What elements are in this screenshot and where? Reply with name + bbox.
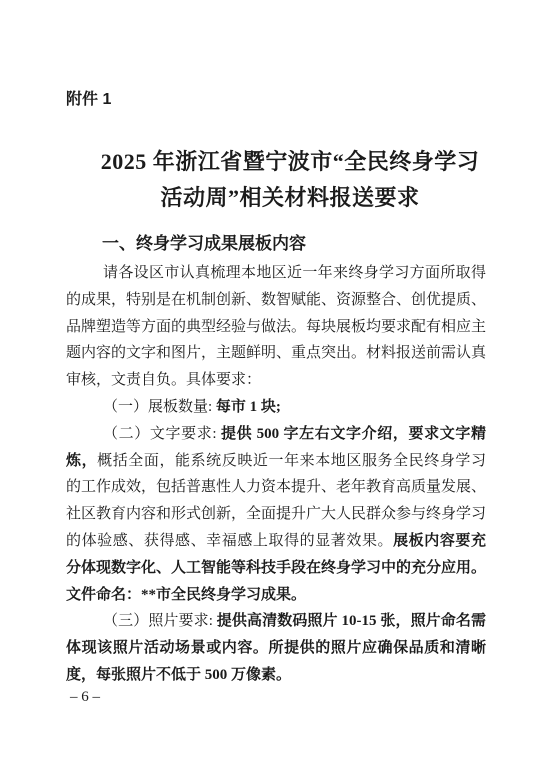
page-number: – 6 – [70, 687, 100, 707]
intro-paragraph: 请各设区市认真梳理本地区近一年来终身学习方面所取得的成果，特别是在机制创新、数智… [66, 260, 486, 394]
document-title-line1: 2025 年浙江省暨宁波市“全民终身学习 [94, 144, 486, 180]
document-page: 附件 1 2025 年浙江省暨宁波市“全民终身学习 活动周”相关材料报送要求 一… [0, 0, 550, 778]
document-title: 2025 年浙江省暨宁波市“全民终身学习 活动周”相关材料报送要求 [94, 144, 486, 216]
item-1-paragraph: （一）展板数量: 每市 1 块; [66, 394, 486, 421]
section-heading: 一、终身学习成果展板内容 [102, 230, 486, 257]
document-content: 附件 1 2025 年浙江省暨宁波市“全民终身学习 活动周”相关材料报送要求 一… [0, 0, 550, 689]
attachment-label: 附件 1 [66, 90, 486, 110]
item-3-paragraph: （三）照片要求: 提供高清数码照片 10-15 张，照片命名需体现该照片活动场景… [66, 608, 486, 688]
item-1-requirement: 每市 1 块; [216, 399, 281, 415]
item-1-label: （一）展板数量: [103, 399, 216, 415]
document-title-line2: 活动周”相关材料报送要求 [94, 180, 486, 216]
item-2-label: （二）文字要求: [103, 426, 221, 442]
item-3-label: （三）照片要求: [103, 613, 217, 629]
item-2-paragraph: （二）文字要求: 提供 500 字左右文字介绍，要求文字精炼，概括全面，能系统反… [66, 421, 486, 609]
